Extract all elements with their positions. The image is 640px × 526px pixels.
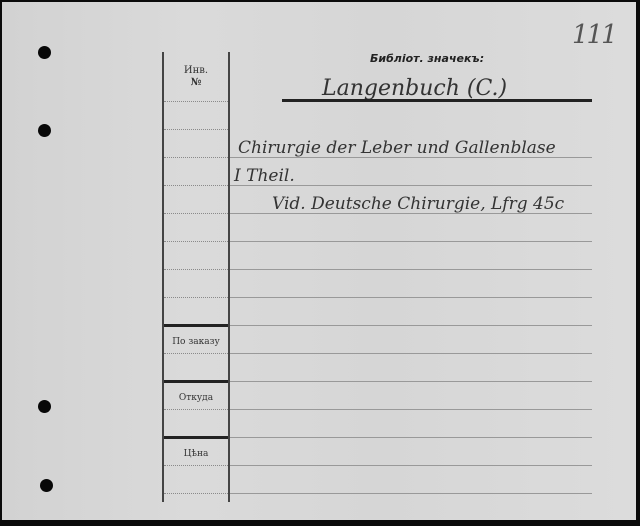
library-mark-label: Библіот. значекъ: (370, 52, 484, 65)
order-label: По заказу (165, 337, 227, 347)
section-divider (164, 324, 228, 327)
ruled-line (230, 353, 592, 355)
title-line-2: I Theil. (234, 166, 295, 186)
punch-hole (38, 46, 51, 59)
punch-hole (38, 400, 51, 413)
row-line (164, 101, 228, 103)
punch-hole (40, 479, 53, 492)
ruled-line (230, 493, 592, 495)
punch-hole (38, 124, 51, 137)
price-label: Цѣна (165, 449, 227, 459)
row-line (164, 465, 228, 467)
row-line (164, 409, 228, 411)
row-line (164, 213, 228, 215)
inv-number-label: № (165, 77, 227, 88)
row-line (164, 493, 228, 495)
ruled-line (230, 297, 592, 299)
ruled-line (230, 465, 592, 467)
row-line (164, 157, 228, 159)
author-underline (282, 99, 592, 102)
row-line (164, 129, 228, 131)
left-column-border (228, 52, 230, 502)
title-line-1: Chirurgie der Leber und Gallenblase (238, 138, 556, 158)
ruled-line (230, 437, 592, 439)
ruled-line (230, 409, 592, 411)
source-label: Откуда (165, 393, 227, 403)
row-line (164, 241, 228, 243)
ruled-line (230, 325, 592, 327)
reference-line: Vid. Deutsche Chirurgie, Lfrg 45c (272, 194, 564, 214)
row-line (164, 297, 228, 299)
row-line (164, 353, 228, 355)
section-divider (164, 436, 228, 439)
author-name: Langenbuch (C.) (322, 76, 507, 101)
left-column-border (162, 52, 164, 502)
ruled-line (230, 381, 592, 383)
row-line (164, 269, 228, 271)
ruled-line (230, 241, 592, 243)
ruled-line (230, 269, 592, 271)
section-divider (164, 380, 228, 383)
catalog-card: 111 Инв. № По заказу Откуда Цѣна Библіот… (2, 2, 636, 520)
row-line (164, 185, 228, 187)
inv-label: Инв. (165, 65, 227, 76)
catalog-number: 111 (572, 20, 616, 50)
